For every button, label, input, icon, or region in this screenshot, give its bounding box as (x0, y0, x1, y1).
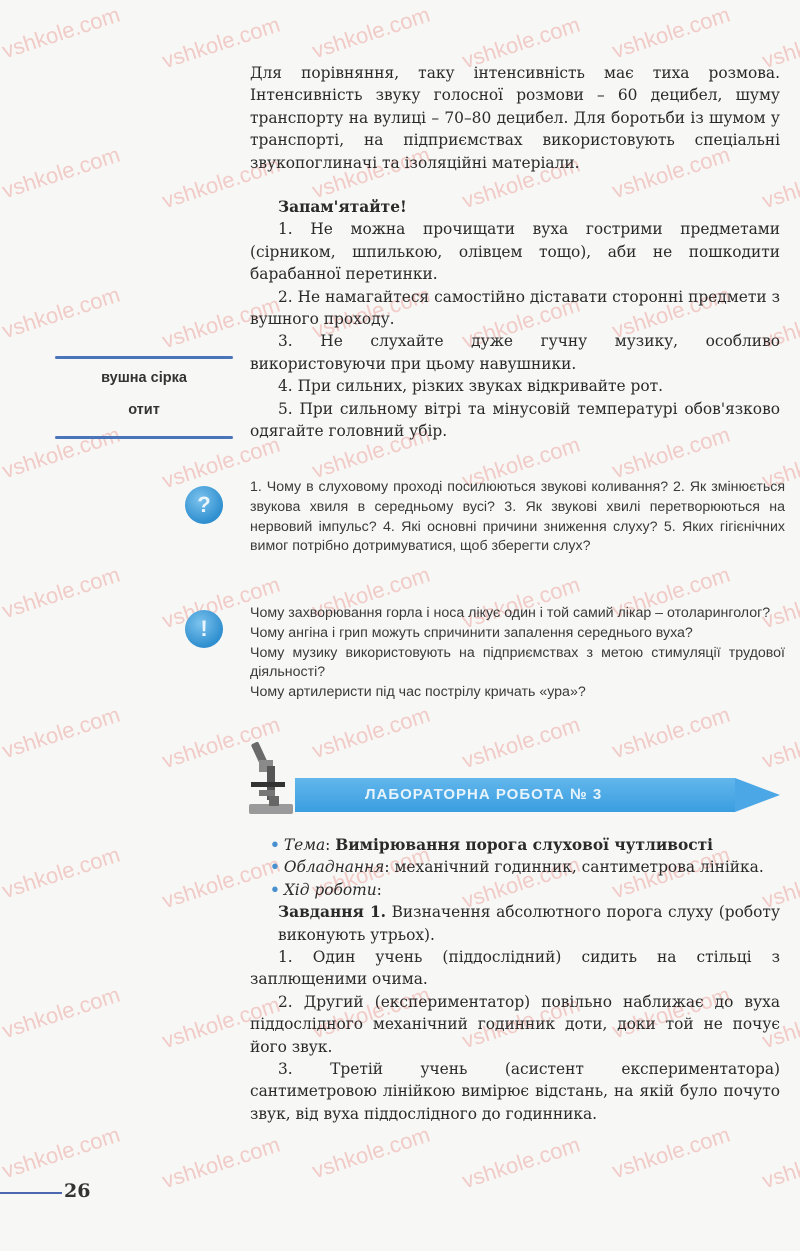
watermark-text: vshkole.com (0, 2, 123, 65)
topic-value: Вимірювання порога слухової чутливості (335, 836, 713, 854)
lab-work-banner: ЛАБОРАТОРНА РОБОТА № 3 (295, 778, 780, 812)
bullet-icon: • (270, 881, 280, 899)
step-3: 3. Третій учень (асистент експериментато… (250, 1058, 780, 1125)
banner-arrow-tip (735, 778, 780, 812)
watermark-text: vshkole.com (309, 2, 433, 65)
watermark-text: vshkole.com (609, 2, 733, 65)
microscope-icon (245, 738, 301, 818)
bullet-icon: • (270, 858, 280, 876)
term-otitis: отит (55, 402, 233, 418)
task-label: Завдання 1. (278, 903, 386, 921)
watermark-text: vshkole.com (0, 282, 123, 345)
page-number-rule (0, 1192, 62, 1194)
exclamation-icon: ! (185, 610, 223, 648)
watermark-text: vshkole.com (309, 1122, 433, 1185)
lab-procedure: •Хід роботи: (250, 879, 780, 901)
key-terms-box: вушна сірка отит (55, 356, 233, 440)
question-icon: ? (185, 486, 223, 524)
intro-paragraph: Для порівняння, таку інтенсивність має т… (250, 62, 780, 174)
watermark-text: vshkole.com (0, 142, 123, 205)
rule-1: 1. Не можна прочищати вуха гострими пред… (250, 218, 780, 285)
think-question-2: Чому ангіна і грип можуть спричинити зап… (250, 624, 785, 644)
page-number: 26 (64, 1180, 90, 1202)
rule-3: 3. Не слухайте дуже гучну музику, особли… (250, 330, 780, 375)
step-1: 1. Один учень (піддослідний) сидить на с… (250, 946, 780, 991)
rule-4: 4. При сильних, різких звуках відкривайт… (250, 375, 780, 397)
lab-content: •Тема: Вимірювання порога слухової чутли… (250, 834, 780, 1125)
watermark-text: vshkole.com (459, 712, 583, 775)
lab-equipment: •Обладнання: механічний годинник, сантим… (250, 856, 780, 878)
remember-section: Запам'ятайте! 1. Не можна прочищати вуха… (250, 196, 780, 442)
review-questions-text: 1. Чому в слуховому проході посилюються … (250, 478, 785, 557)
watermark-text: vshkole.com (309, 702, 433, 765)
equipment-value: механічний годинник, сантиметрова лінійк… (394, 858, 763, 876)
watermark-text: vshkole.com (759, 1132, 800, 1195)
watermark-text: vshkole.com (459, 1132, 583, 1195)
watermark-text: vshkole.com (609, 702, 733, 765)
rule-2: 2. Не намагайтеся самостійно діставати с… (250, 286, 780, 331)
watermark-text: vshkole.com (0, 1122, 123, 1185)
watermark-text: vshkole.com (609, 1122, 733, 1185)
procedure-label: Хід роботи (284, 881, 377, 899)
watermark-text: vshkole.com (759, 712, 800, 775)
remember-heading: Запам'ятайте! (250, 196, 780, 218)
equipment-label: Обладнання (284, 858, 385, 876)
watermark-text: vshkole.com (0, 562, 123, 625)
review-questions: 1. Чому в слуховому проході посилюються … (250, 478, 785, 557)
watermark-text: vshkole.com (159, 1132, 283, 1195)
lab-topic: •Тема: Вимірювання порога слухової чутли… (250, 834, 780, 856)
think-question-4: Чому артилеристи під час пострілу кричат… (250, 683, 785, 703)
think-question-1: Чому захворювання горла і носа лікує оди… (250, 604, 785, 624)
rule-5: 5. При сильному вітрі та мінусовій темпе… (250, 398, 780, 443)
watermark-text: vshkole.com (0, 982, 123, 1045)
watermark-text: vshkole.com (0, 842, 123, 905)
intro-text: Для порівняння, таку інтенсивність має т… (250, 62, 780, 174)
lab-work-title: ЛАБОРАТОРНА РОБОТА № 3 (365, 778, 602, 812)
lab-task: Завдання 1. Визначення абсолютного порог… (250, 901, 780, 946)
bullet-icon: • (270, 836, 280, 854)
terms-top-divider (55, 356, 233, 359)
watermark-text: vshkole.com (0, 702, 123, 765)
think-questions: Чому захворювання горла і носа лікує оди… (250, 604, 785, 703)
step-2: 2. Другий (експериментатор) повільно наб… (250, 991, 780, 1058)
terms-bottom-divider (55, 436, 233, 439)
term-ear-wax: вушна сірка (55, 370, 233, 386)
think-question-3: Чому музику використовують на підприємст… (250, 644, 785, 684)
topic-label: Тема (284, 836, 325, 854)
